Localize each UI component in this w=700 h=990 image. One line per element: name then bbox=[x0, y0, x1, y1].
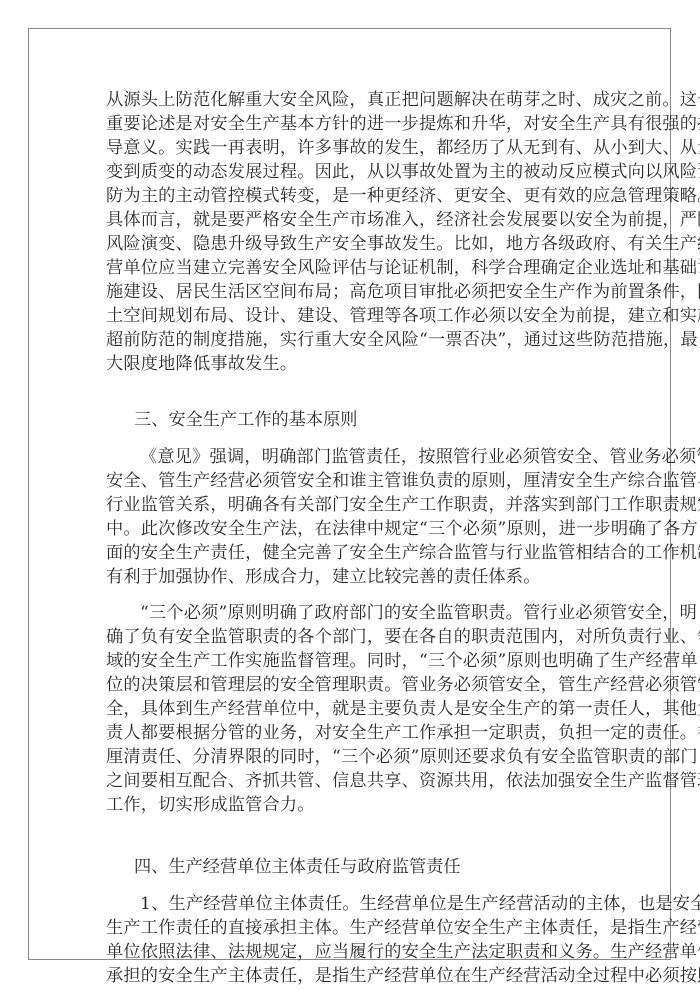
paragraph-opinion-responsibilities: 《意见》强调，明确部门监管责任，按照管行业必须管安全、管业务必须管 安全、管生产… bbox=[106, 445, 598, 589]
document-body: 从源头上防范化解重大安全风险，真正把问题解决在萌芽之时、成灾之前。这一 重要论述… bbox=[106, 88, 598, 988]
text-line: 生产工作责任的直接承担主体。生产经营单位安全生产主体责任，是指生产经营 bbox=[106, 916, 598, 940]
text-line: 之间要相互配合、齐抓共管、信息共享、资源共用，依法加强安全生产监督管理 bbox=[106, 769, 598, 793]
text-line: 从源头上防范化解重大安全风险，真正把问题解决在萌芽之时、成灾之前。这一 bbox=[106, 88, 598, 112]
text-line: 施建设、居民生活区空间布局；高危项目审批必须把安全生产作为前置条件，国 bbox=[106, 280, 598, 304]
text-line: 风险演变、隐患升级导致生产安全事故发生。比如，地方各级政府、有关生产经 bbox=[106, 232, 598, 256]
text-line: 行业监管关系，明确各有关部门安全生产工作职责，并落实到部门工作职责规定 bbox=[106, 493, 598, 517]
text-line: 面的安全生产责任，健全完善了安全生产综合监管与行业监管相结合的工作机制， bbox=[106, 541, 598, 565]
text-line: 安全、管生产经营必须管安全和谁主管谁负责的原则，厘清安全生产综合监管与 bbox=[106, 469, 598, 493]
text-line: 防为主的主动管控模式转变，是一种更经济、更安全、更有效的应急管理策略。 bbox=[106, 184, 598, 208]
text-line: 工作，切实形成监管合力。 bbox=[106, 793, 598, 817]
text-line: 确了负有安全监管职责的各个部门，要在各自的职责范围内，对所负责行业、领 bbox=[106, 625, 598, 649]
text-line: 1、生产经营单位主体责任。生经营单位是生产经营活动的主体，也是安全 bbox=[106, 892, 598, 916]
text-line: 导意义。实践一再表明，许多事故的发生，都经历了从无到有、从小到大、从量 bbox=[106, 136, 598, 160]
text-line: 域的安全生产工作实施监督管理。同时，“三个必须”原则也明确了生产经营单 bbox=[106, 649, 598, 673]
text-line: 位的决策层和管理层的安全管理职责。管业务必须管安全，管生产经营必须管安 bbox=[106, 673, 598, 697]
section-heading-basic-principles: 三、安全生产工作的基本原则 bbox=[106, 408, 598, 432]
text-line: 营单位应当建立完善安全风险评估与论证机制，科学合理确定企业选址和基础设 bbox=[106, 256, 598, 280]
section-heading-entity-responsibility: 四、生产经营单位主体责任与政府监管责任 bbox=[106, 855, 598, 879]
paragraph-three-musts: “三个必须”原则明确了政府部门的安全监管职责。管行业必须管安全，明 确了负有安全… bbox=[106, 601, 598, 817]
text-line: 土空间规划布局、设计、建设、管理等各项工作必须以安全为前提，建立和实施 bbox=[106, 304, 598, 328]
text-line: 中。此次修改安全生产法，在法律中规定“三个必须”原则，进一步明确了各方 bbox=[106, 517, 598, 541]
text-line: 单位依照法律、法规规定，应当履行的安全生产法定职责和义务。生产经营单位 bbox=[106, 940, 598, 964]
text-line: 大限度地降低事故发生。 bbox=[106, 352, 598, 376]
paragraph-risk-prevention: 从源头上防范化解重大安全风险，真正把问题解决在萌芽之时、成灾之前。这一 重要论述… bbox=[106, 88, 598, 376]
text-line: 重要论述是对安全生产基本方针的进一步提炼和升华，对安全生产具有很强的指 bbox=[106, 112, 598, 136]
text-line: 《意见》强调，明确部门监管责任，按照管行业必须管安全、管业务必须管 bbox=[106, 445, 598, 469]
text-line: 变到质变的动态发展过程。因此，从以事故处置为主的被动反应模式向以风险预 bbox=[106, 160, 598, 184]
text-line: 承担的安全生产主体责任，是指生产经营单位在生产经营活动全过程中必须按照 bbox=[106, 964, 598, 988]
text-line: 有利于加强协作、形成合力，建立比较完善的责任体系。 bbox=[106, 565, 598, 589]
text-line: 责人都要根据分管的业务，对安全生产工作承担一定职责，负担一定的责任。在 bbox=[106, 721, 598, 745]
text-line: 厘清责任、分清界限的同时，“三个必须”原则还要求负有安全监管职责的部门 bbox=[106, 745, 598, 769]
text-line: 具体而言，就是要严格安全生产市场准入，经济社会发展要以安全为前提，严防 bbox=[106, 208, 598, 232]
text-line: 全，具体到生产经营单位中，就是主要负责人是安全生产的第一责任人，其他负 bbox=[106, 697, 598, 721]
text-line: 超前防范的制度措施，实行重大安全风险“一票否决”，通过这些防范措施，最 bbox=[106, 328, 598, 352]
paragraph-entity-responsibility: 1、生产经营单位主体责任。生经营单位是生产经营活动的主体，也是安全 生产工作责任… bbox=[106, 892, 598, 988]
text-line: “三个必须”原则明确了政府部门的安全监管职责。管行业必须管安全，明 bbox=[106, 601, 598, 625]
